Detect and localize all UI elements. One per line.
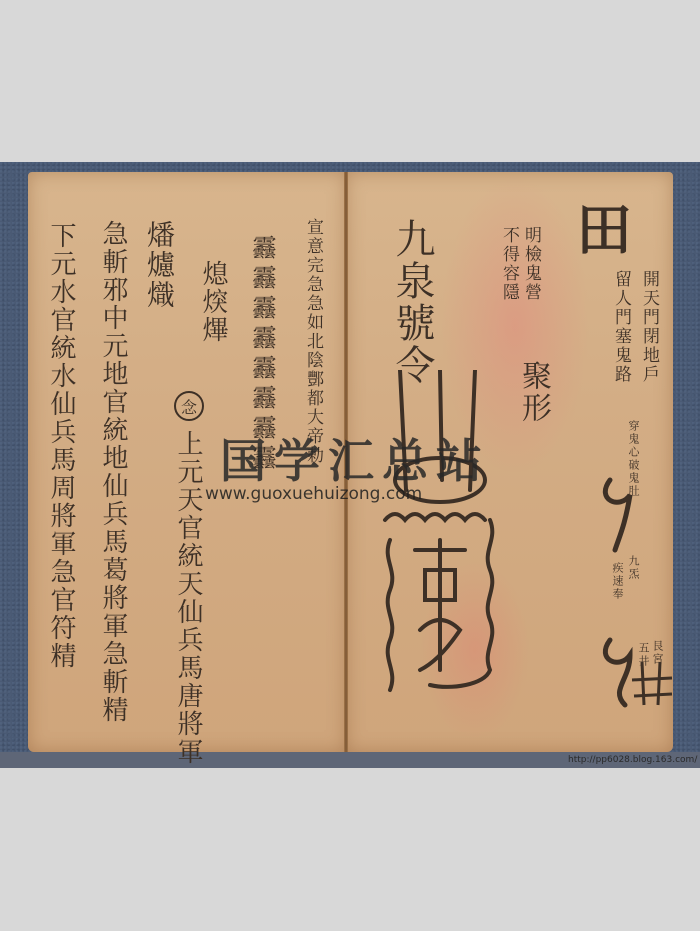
left-column-1: 下元水官統水仙兵馬周將軍急官符精: [48, 222, 74, 670]
right-title-column: 九泉號令: [392, 218, 432, 386]
photo-credit: http://pp6028.blog.163.com/: [568, 755, 697, 765]
right-note-col-1: 明檢鬼營: [522, 226, 539, 302]
watermark-url: www.guoxuehuizong.com: [205, 484, 422, 504]
left-talisman-chars: 燔爈熾: [145, 220, 173, 310]
watermark-title: 国学汇总站: [220, 425, 490, 491]
jing-glyph: [630, 660, 675, 710]
top-glyph: 田: [572, 200, 628, 258]
right-side-label: 聚形: [518, 360, 548, 424]
circled-char: 念: [174, 391, 204, 421]
left-column-3: 上元天官統天仙兵馬唐將軍: [175, 430, 201, 766]
left-talisman-chars-2: 熄㷝熚: [200, 260, 226, 344]
right-note-col-2: 不得容隱: [500, 226, 517, 302]
top-right-col-1: 開天門閉地戶: [640, 270, 657, 384]
left-column-2: 急斬邪中元地官統地仙兵馬葛將軍急斬精: [100, 220, 126, 724]
top-right-col-2: 留人門塞鬼路: [612, 270, 629, 384]
